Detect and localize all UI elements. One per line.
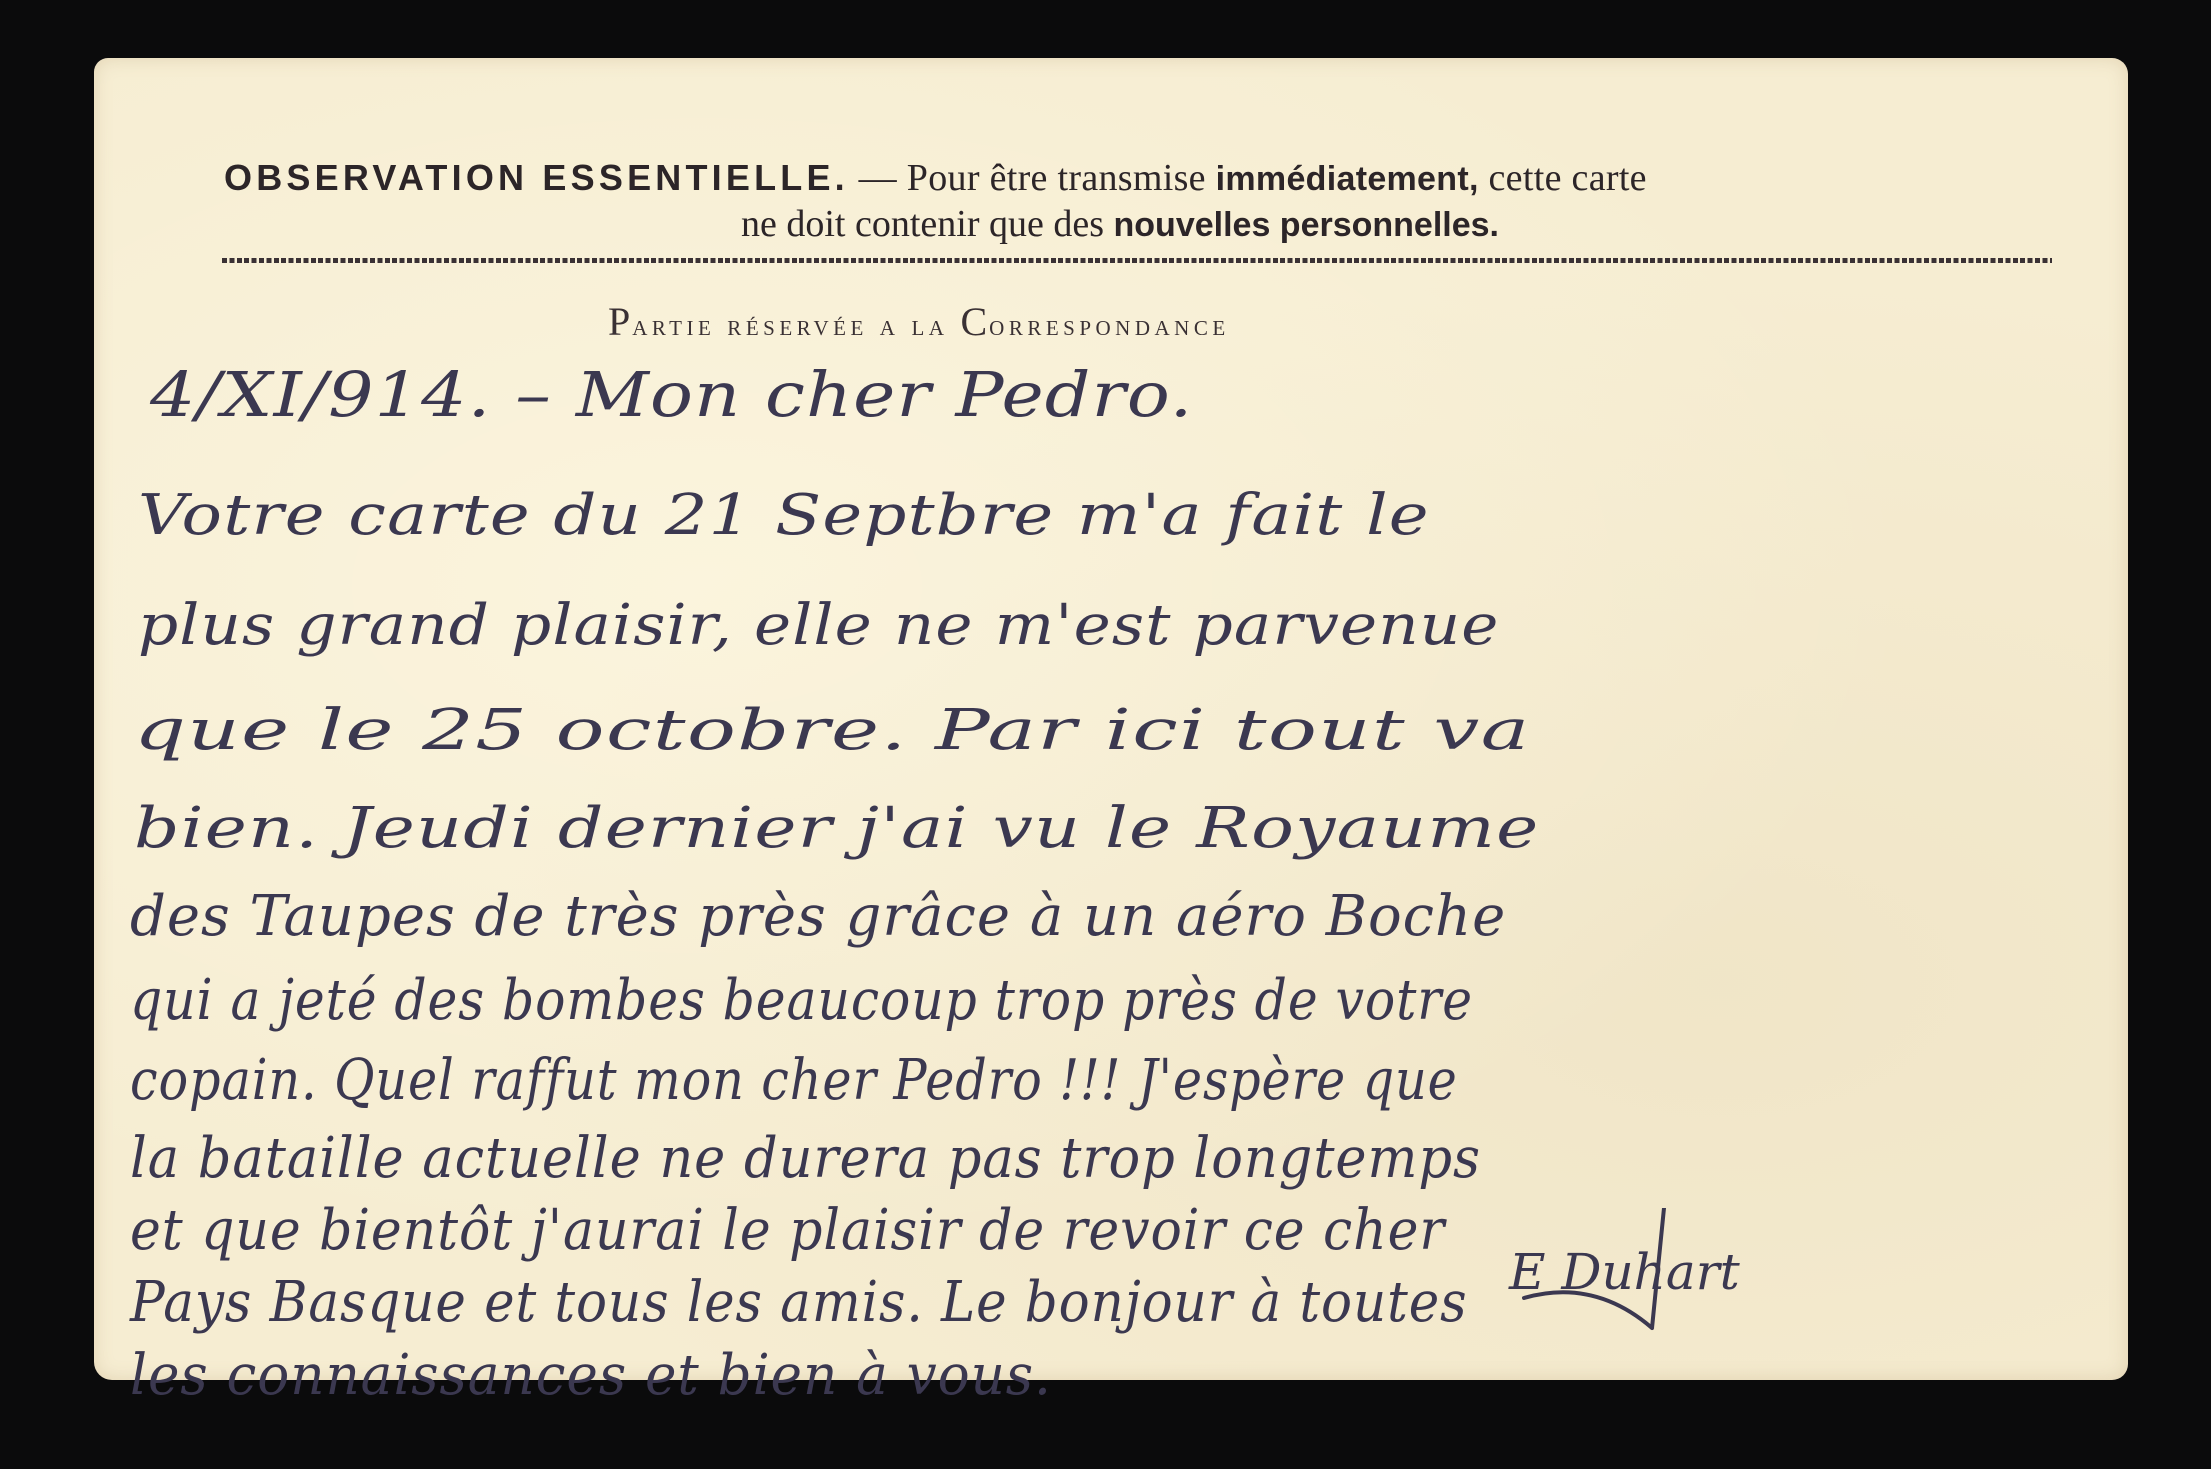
handwritten-line: des Taupes de très près grâce à un aéro … (130, 884, 1506, 949)
handwritten-line: bien. Jeudi dernier j'ai vu le Royaume (134, 796, 1539, 861)
handwritten-line: la bataille actuelle ne durera pas trop … (130, 1126, 1481, 1191)
handwritten-line: et que bientôt j'aurai le plaisir de rev… (130, 1198, 1445, 1263)
handwritten-line: 4/XI/914. – Mon cher Pedro. (150, 358, 1193, 431)
handwritten-line: plus grand plaisir, elle ne m'est parven… (138, 593, 1500, 658)
handwritten-line: les connaissances et bien à vous. (130, 1343, 1052, 1408)
handwritten-line: copain. Quel raffut mon cher Pedro !!! J… (130, 1048, 1458, 1113)
handwritten-line: qui a jeté des bombes beaucoup trop près… (130, 968, 1473, 1033)
handwritten-line: que le 25 octobre. Par ici tout va (134, 698, 1531, 763)
postcard: OBSERVATION ESSENTIELLE. — Pour être tra… (94, 58, 2128, 1380)
handwritten-line: Pays Basque et tous les amis. Le bonjour… (130, 1270, 1467, 1335)
handwritten-line: Votre carte du 21 Septbre m'a fait le (138, 483, 1430, 548)
signature-flourish (1514, 1208, 1684, 1333)
handwritten-message: 4/XI/914. – Mon cher Pedro. Votre carte … (94, 58, 2128, 1380)
